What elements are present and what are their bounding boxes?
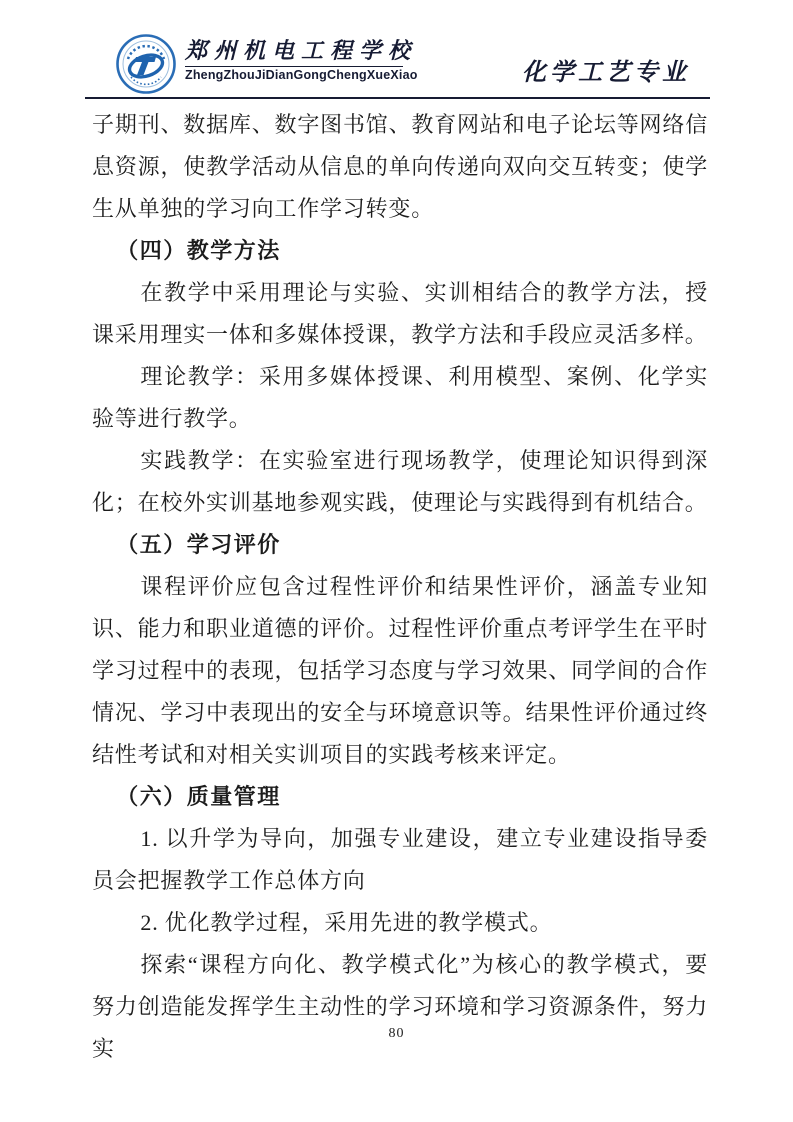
- paragraph: 理论教学：采用多媒体授课、利用模型、案例、化学实验等进行教学。: [92, 356, 708, 440]
- paragraph: 在教学中采用理论与实验、实训相结合的教学方法，授课采用理实一体和多媒体授课，教学…: [92, 272, 708, 356]
- document-page: 郑州机电工程学校 ZhengZhouJiDianGongChengXueXiao…: [0, 0, 793, 1122]
- school-name-pinyin: ZhengZhouJiDianGongChengXueXiao: [185, 68, 407, 82]
- paragraph: 子期刊、数据库、数字图书馆、教育网站和电子论坛等网络信息资源，使教学活动从信息的…: [92, 104, 708, 230]
- paragraph: 课程评价应包含过程性评价和结果性评价，涵盖专业知识、能力和职业道德的评价。过程性…: [92, 566, 708, 776]
- section-heading: （六）质量管理: [92, 776, 708, 818]
- section-heading: （四）教学方法: [92, 230, 708, 272]
- school-emblem-icon: [115, 33, 177, 95]
- school-name-block: 郑州机电工程学校 ZhengZhouJiDianGongChengXueXiao: [185, 38, 407, 82]
- document-body: 子期刊、数据库、数字图书馆、教育网站和电子论坛等网络信息资源，使教学活动从信息的…: [92, 104, 708, 1070]
- paragraph: 2. 优化教学过程，采用先进的教学模式。: [92, 902, 708, 944]
- school-name-underline: [185, 66, 403, 67]
- school-emblem-graphic: [115, 33, 177, 95]
- section-heading: （五）学习评价: [92, 524, 708, 566]
- page-footer: 80: [0, 1026, 793, 1042]
- school-name-chinese: 郑州机电工程学校: [185, 38, 407, 64]
- page-number: 80: [389, 1026, 405, 1041]
- paragraph: 1. 以升学为导向，加强专业建设，建立专业建设指导委员会把握教学工作总体方向: [92, 818, 708, 902]
- page-header: 郑州机电工程学校 ZhengZhouJiDianGongChengXueXiao…: [85, 0, 710, 99]
- major-title: 化学工艺专业: [522, 52, 690, 87]
- paragraph: 探索“课程方向化、教学模式化”为核心的教学模式，要努力创造能发挥学生主动性的学习…: [92, 944, 708, 1070]
- paragraph: 实践教学：在实验室进行现场教学，使理论知识得到深化；在校外实训基地参观实践，使理…: [92, 440, 708, 524]
